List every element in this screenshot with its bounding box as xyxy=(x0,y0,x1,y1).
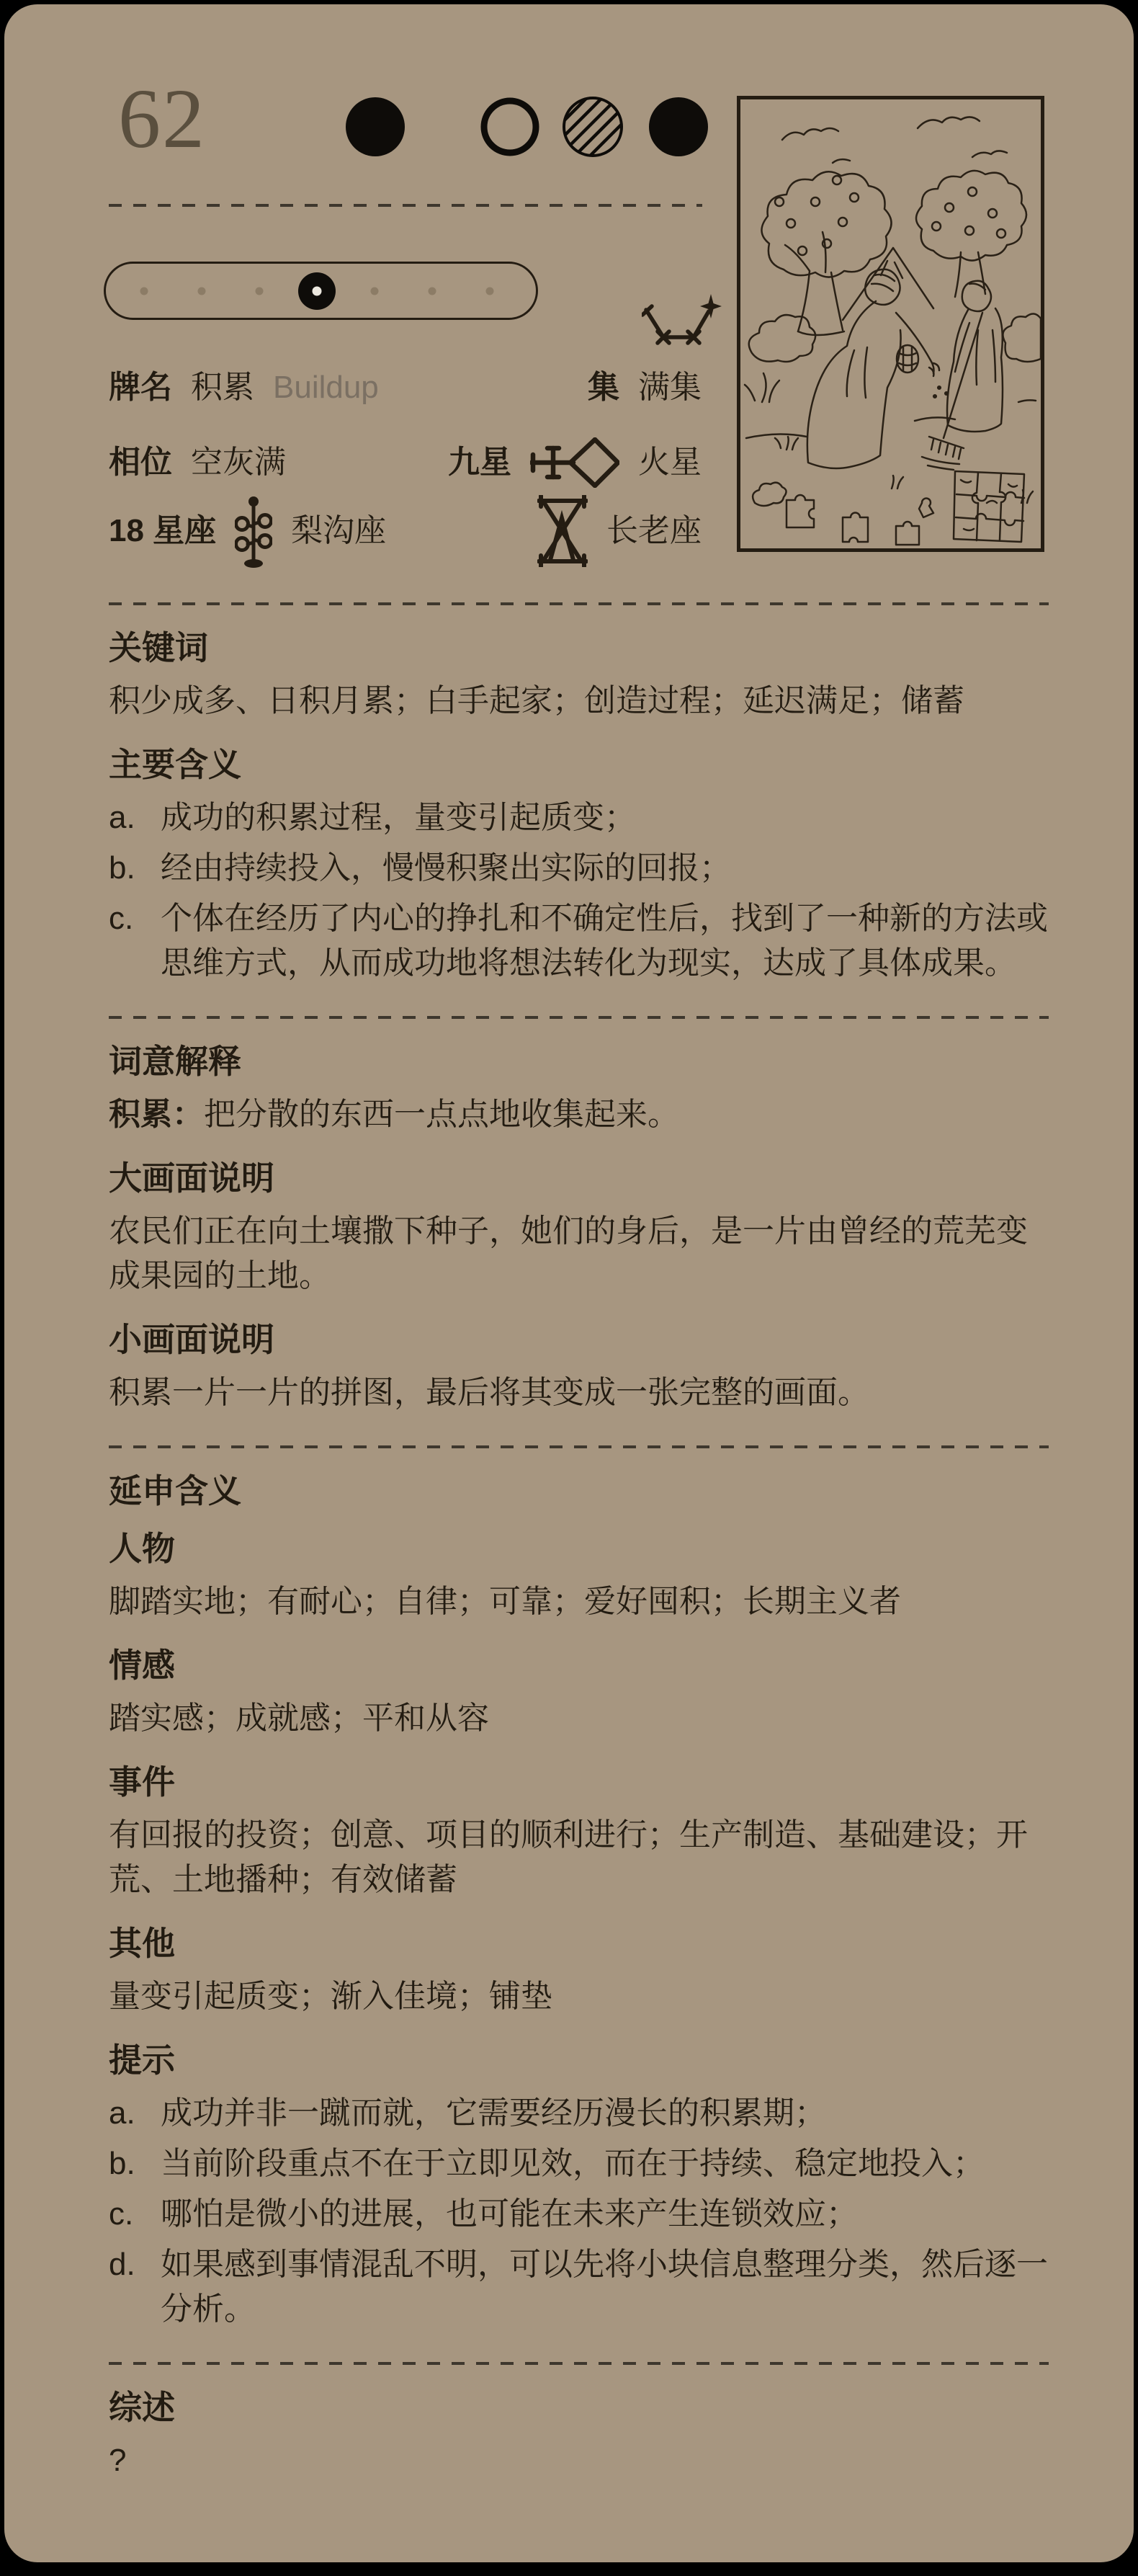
elder-value: 长老座 xyxy=(606,514,702,548)
big-picture-text: 农民们正在向土壤撒下种子，她们的身后，是一片由曾经的荒芜变成果园的土地。 xyxy=(109,1209,1049,1298)
info-row-zodiac: 18 星座 梨沟座 xyxy=(109,497,702,565)
dashed-divider xyxy=(109,204,702,207)
slider-dot[interactable] xyxy=(429,287,436,295)
slider-dot[interactable] xyxy=(371,287,379,295)
zodiac-label: 18 星座 xyxy=(109,514,216,548)
slider-dot[interactable] xyxy=(486,287,494,295)
constellation-icon xyxy=(642,291,722,362)
name-value-en: Buildup xyxy=(273,370,379,405)
section-title-small-picture: 小画面说明 xyxy=(109,1323,1049,1356)
ninestar-label: 九星 xyxy=(448,445,511,480)
list-item: b. 当前阶段重点不在于立即见效，而在于持续、稳定地投入； xyxy=(109,2142,1049,2186)
info-row-phase: 相位 空灰满 九星 火星 xyxy=(109,437,702,489)
phase-label: 相位 xyxy=(109,445,172,480)
slider-dot[interactable] xyxy=(256,287,264,295)
card-text-sections: 关键词 积少成多、日积月累；白手起家；创造过程；延迟满足；储蓄 主要含义 a. … xyxy=(109,602,1049,2483)
section-title-event: 事件 xyxy=(109,1765,1049,1799)
people-text: 脚踏实地；有耐心；自律；可靠；爱好囤积；长期主义者 xyxy=(109,1579,1049,1624)
mars-sigil-icon xyxy=(530,437,619,488)
dashed-divider xyxy=(109,602,1049,605)
filled-circle-icon xyxy=(649,97,708,156)
dashed-divider xyxy=(109,1016,1049,1019)
section-title-word-explain: 词意解释 xyxy=(109,1045,1049,1078)
slider-dot-active[interactable] xyxy=(298,272,336,310)
list-item: c. 哪怕是微小的进展，也可能在未来产生连锁效应； xyxy=(109,2192,1049,2237)
list-item: c. 个体在经历了内心的挣扎和不确定性后，找到了一种新的方法或思维方式，从而成功… xyxy=(109,896,1049,986)
word-explain-text: 积累：把分散的东西一点点地收集起来。 xyxy=(109,1092,1049,1137)
other-text: 量变引起质变；渐入佳境；铺垫 xyxy=(109,1974,1049,2019)
filled-circle-icon xyxy=(346,97,405,156)
event-text: 有回报的投资；创意、项目的顺利进行；生产制造、基础建设；开荒、土地播种；有效储蓄 xyxy=(109,1813,1049,1902)
pear-furrow-sigil-icon xyxy=(235,494,272,569)
list-item: a. 成功的积累过程，量变引起质变； xyxy=(109,795,1049,840)
card-illustration xyxy=(737,96,1044,552)
name-label: 牌名 xyxy=(109,370,172,405)
list-item: a. 成功并非一蹴而就，它需要经历漫长的积累期； xyxy=(109,2091,1049,2136)
section-title-summary: 综述 xyxy=(109,2391,1049,2424)
section-title-people: 人物 xyxy=(109,1532,1049,1565)
card-number: 62 xyxy=(118,76,206,161)
list-item: d. 如果感到事情混乱不明，可以先将小块信息整理分类，然后逐一分析。 xyxy=(109,2242,1049,2332)
emotion-text: 踏实感；成就感；平和从容 xyxy=(109,1696,1049,1741)
phase-slider[interactable] xyxy=(104,262,538,320)
section-title-other: 其他 xyxy=(109,1927,1049,1960)
dashed-divider xyxy=(109,2362,1049,2365)
tarot-card-page: 62 牌名 积累 Buildup xyxy=(4,4,1134,2562)
section-title-extended: 延申含义 xyxy=(109,1474,1049,1507)
section-title-emotion: 情感 xyxy=(109,1649,1049,1682)
slider-dot[interactable] xyxy=(198,287,206,295)
phase-circles xyxy=(343,95,712,159)
section-title-big-picture: 大画面说明 xyxy=(109,1162,1049,1195)
zodiac-value: 梨沟座 xyxy=(291,514,386,548)
dashed-divider xyxy=(109,1445,1049,1448)
section-title-tips: 提示 xyxy=(109,2044,1049,2077)
list-item: b. 经由持续投入，慢慢积聚出实际的回报； xyxy=(109,846,1049,891)
hatched-circle-icon xyxy=(564,98,622,156)
set-value: 满集 xyxy=(638,370,702,405)
info-row-name: 牌名 积累 Buildup 集 满集 xyxy=(109,370,702,405)
elder-sigil-icon xyxy=(537,495,588,567)
slider-dot[interactable] xyxy=(140,287,148,295)
section-title-keywords: 关键词 xyxy=(109,631,1049,664)
summary-text: ? xyxy=(109,2438,1049,2483)
set-label: 集 xyxy=(588,370,619,405)
small-picture-text: 积累一片一片的拼图，最后将其变成一张完整的画面。 xyxy=(109,1371,1049,1415)
ninestar-value: 火星 xyxy=(638,445,702,480)
keywords-text: 积少成多、日积月累；白手起家；创造过程；延迟满足；储蓄 xyxy=(109,679,1049,723)
phase-value: 空灰满 xyxy=(191,445,286,480)
name-value: 积累 xyxy=(191,370,254,405)
section-title-main-meaning: 主要含义 xyxy=(109,748,1049,781)
outline-circle-icon xyxy=(484,101,536,153)
